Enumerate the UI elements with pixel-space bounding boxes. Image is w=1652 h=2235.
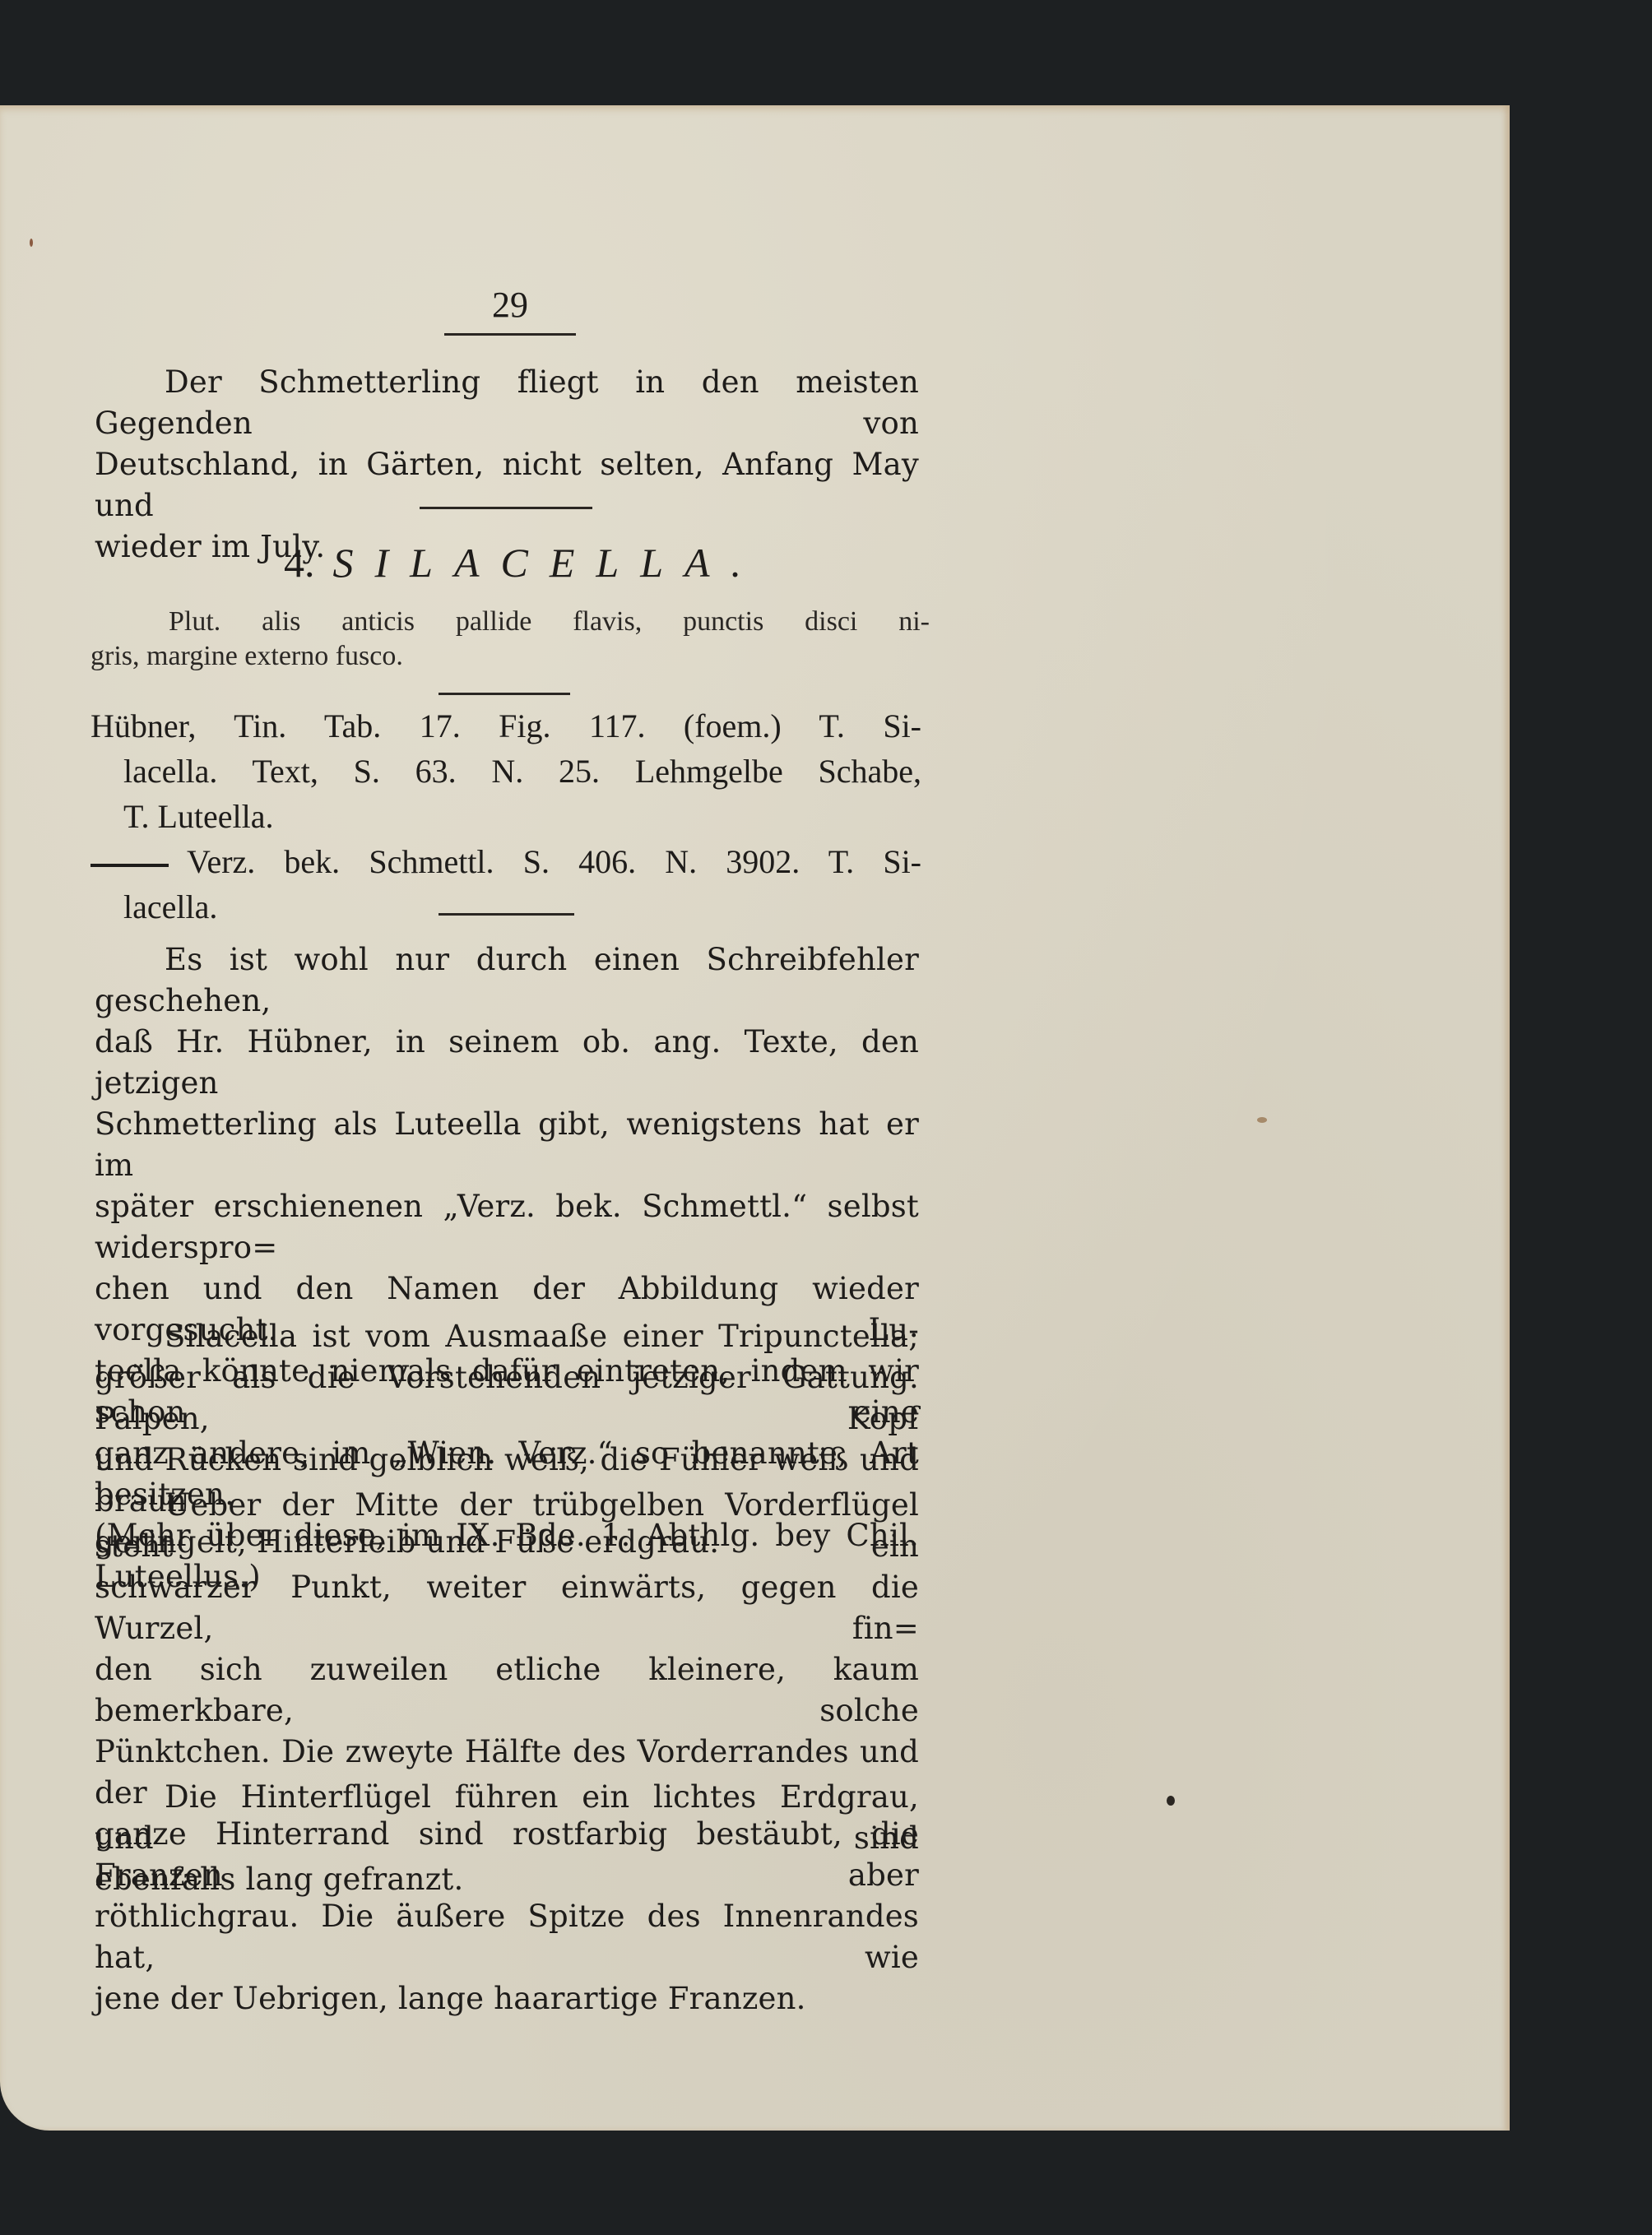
body-paragraph: Die Hinterflügel führen ein lichtes Erdg…: [95, 1777, 919, 1900]
text-line: Silacella ist vom Ausmaaße einer Tripunc…: [95, 1316, 919, 1357]
body-paragraph: Ueber der Mitte der trübgelben Vorderflü…: [95, 1485, 919, 2019]
text-line: röthlichgrau. Die äußere Spitze des Inne…: [95, 1896, 919, 1978]
text-line: schwarzer Punkt, weiter einwärts, gegen …: [95, 1567, 919, 1649]
text-line: jene der Uebrigen, lange haarartige Fran…: [95, 1978, 919, 2019]
text-line: Deutschland, in Gärten, nicht selten, An…: [95, 444, 919, 526]
section-divider: [439, 693, 570, 695]
text-line: gris, margine externo fusco.: [90, 639, 930, 674]
text-line: Schmetterling als Luteella gibt, wenigst…: [95, 1104, 919, 1186]
text-line: größer als die Vorstehenden jetziger Gat…: [95, 1357, 919, 1440]
text-line: Der Schmetterling fliegt in den meisten …: [95, 362, 919, 444]
paper-speck: [1257, 1117, 1267, 1123]
reference-line: Hübner, Tin. Tab. 17. Fig. 117. (foem.) …: [90, 703, 921, 749]
text-line: Ueber der Mitte der trübgelben Vorderflü…: [95, 1485, 919, 1567]
text-line: ebenfalls lang gefranzt.: [95, 1859, 919, 1900]
species-heading: 4.SILACELLA.: [284, 539, 763, 587]
page-number: 29: [444, 284, 576, 326]
species-name: SILACELLA.: [333, 540, 763, 586]
text-line: Die Hinterflügel führen ein lichtes Erdg…: [95, 1777, 919, 1859]
intro-paragraph: Der Schmetterling fliegt in den meisten …: [95, 362, 919, 568]
species-number: 4.: [284, 540, 315, 586]
text-line: später erschienenen „Verz. bek. Schmettl…: [95, 1186, 919, 1268]
page-number-rule: [444, 333, 576, 336]
text-line: daß Hr. Hübner, in seinem ob. ang. Texte…: [95, 1022, 919, 1104]
reference-line: lacella. Text, S. 63. N. 25. Lehmgelbe S…: [90, 749, 921, 794]
text-line: Plut. alis anticis pallide flavis, punct…: [90, 605, 930, 639]
paper-speck: [30, 239, 33, 247]
ditto-dash: [90, 864, 169, 867]
section-divider: [420, 507, 592, 509]
paper-speck: [1167, 1796, 1175, 1806]
references: Hübner, Tin. Tab. 17. Fig. 117. (foem.) …: [90, 703, 921, 930]
text-line: Es ist wohl nur durch einen Schreibfehle…: [95, 939, 919, 1022]
species-diagnosis: Plut. alis anticis pallide flavis, punct…: [90, 605, 930, 674]
reference-line: T. Luteella.: [90, 794, 921, 839]
text-line: den sich zuweilen etliche kleinere, kaum…: [95, 1649, 919, 1732]
section-divider: [439, 913, 574, 916]
reference-line: lacella.: [90, 884, 921, 930]
reference-line: Verz. bek. Schmettl. S. 406. N. 3902. T.…: [90, 839, 921, 884]
